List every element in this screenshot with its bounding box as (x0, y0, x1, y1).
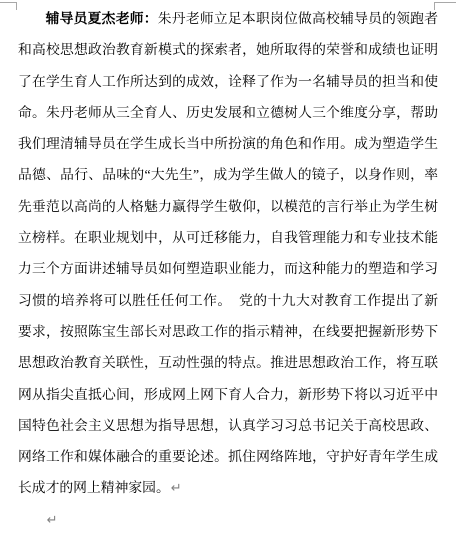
speaker-name: 辅导员夏杰老师： (46, 11, 158, 26)
text-line: 和高校思想政治教育新模式的探索者，她所取得的荣誉和成绩也证明 (18, 34, 438, 65)
text-line: 思想政治教育关联性，互动性强的特点。推进思想政治工作，将互联 (18, 347, 438, 378)
text-line: 网络工作和媒体融合的重要论述。抓住网络阵地，守护好青年学生成 (18, 441, 438, 472)
text-line: ↵ (18, 504, 438, 535)
text-line: 先垂范以高尚的人格魅力赢得学生敬仰，以模范的言行举止为学生树 (18, 191, 438, 222)
line-text: 长成才的网上精神家园。 (18, 480, 170, 495)
line-text: 要求，按照陈宝生部长对思政工作的指示精神，在线要把握新形势下 (18, 324, 438, 339)
line-text: 网从指尖直抵心间，形成网上网下育人合力，新形势下将以习近平中 (18, 387, 438, 402)
crop-mark-top-left-horizontal (0, 2, 17, 3)
text-line: 我们理清辅导员在学生成长当中所扮演的角色和作用。成为塑造学生 (18, 128, 438, 159)
line-text: 朱丹老师立足本职岗位做高校辅导员的领跑者 (158, 11, 438, 26)
line-text: 命。朱丹老师从三全育人、历史发展和立德树人三个维度分享，帮助 (18, 105, 438, 120)
text-line: 品德、品行、品味的“大先生”，成为学生做人的镜子，以身作则，率 (18, 159, 438, 190)
text-line: 力三个方面讲述辅导员如何塑造职业能力，而这种能力的塑造和学习 (18, 253, 438, 284)
line-text: 先垂范以高尚的人格魅力赢得学生敬仰，以模范的言行举止为学生树 (18, 199, 438, 214)
crop-mark-top-left-vertical (16, 2, 17, 10)
line-text: 立榜样。在职业规划中，从可迁移能力，自我管理能力和专业技术能 (18, 230, 438, 245)
text-line: 网从指尖直抵心间，形成网上网下育人合力，新形势下将以习近平中 (18, 379, 438, 410)
paragraph-mark-icon: ↵ (46, 513, 58, 528)
line-text: 国特色社会主义思想为指导思想，认真学习习总书记关于高校思政、 (18, 418, 438, 433)
text-line: 辅导员夏杰老师：朱丹老师立足本职岗位做高校辅导员的领跑者 (18, 3, 438, 34)
line-text: 思想政治教育关联性，互动性强的特点。推进思想政治工作，将互联 (18, 355, 438, 370)
line-text: 习惯的培养将可以胜任任何工作。 党的十九大对教育工作提出了新 (18, 293, 438, 308)
text-line: 习惯的培养将可以胜任任何工作。 党的十九大对教育工作提出了新 (18, 285, 438, 316)
text-line: 要求，按照陈宝生部长对思政工作的指示精神，在线要把握新形势下 (18, 316, 438, 347)
text-line: 了在学生育人工作所达到的成效，诠释了作为一名辅导员的担当和使 (18, 66, 438, 97)
text-line: 立榜样。在职业规划中，从可迁移能力，自我管理能力和专业技术能 (18, 222, 438, 253)
document-paragraph: 辅导员夏杰老师：朱丹老师立足本职岗位做高校辅导员的领跑者和高校思想政治教育新模式… (18, 3, 438, 535)
line-text: 品德、品行、品味的“大先生”，成为学生做人的镜子，以身作则，率 (18, 167, 438, 182)
line-text: 网络工作和媒体融合的重要论述。抓住网络阵地，守护好青年学生成 (18, 449, 438, 464)
line-text: 和高校思想政治教育新模式的探索者，她所取得的荣誉和成绩也证明 (18, 42, 438, 57)
document-page: 辅导员夏杰老师：朱丹老师立足本职岗位做高校辅导员的领跑者和高校思想政治教育新模式… (0, 0, 456, 543)
text-line: 命。朱丹老师从三全育人、历史发展和立德树人三个维度分享，帮助 (18, 97, 438, 128)
paragraph-mark-icon: ↵ (170, 481, 182, 496)
line-text: 力三个方面讲述辅导员如何塑造职业能力，而这种能力的塑造和学习 (18, 261, 438, 276)
text-line: 长成才的网上精神家园。↵ (18, 472, 438, 503)
line-text: 了在学生育人工作所达到的成效，诠释了作为一名辅导员的担当和使 (18, 74, 438, 89)
line-text: 我们理清辅导员在学生成长当中所扮演的角色和作用。成为塑造学生 (18, 136, 438, 151)
text-line: 国特色社会主义思想为指导思想，认真学习习总书记关于高校思政、 (18, 410, 438, 441)
